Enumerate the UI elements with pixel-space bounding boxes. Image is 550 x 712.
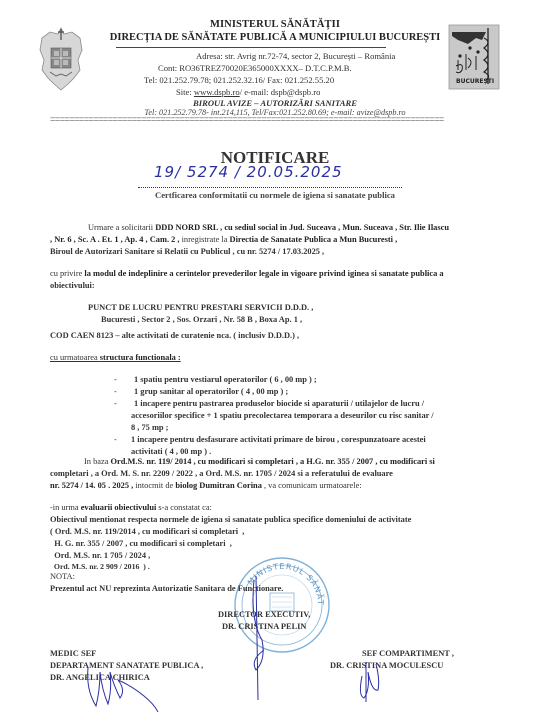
official-stamp: MINISTERUL SĂNĂTĂȚII: [232, 555, 332, 655]
list-bullet: -: [114, 398, 117, 410]
legal-basis-line-3: nr. 5274 / 14. 05 . 2025 , intocmit de b…: [50, 480, 362, 492]
objective-name: PUNCT DE LUCRU PENTRU PRESTARI SERVICII …: [88, 302, 313, 314]
regarding-line-2: obiectivului:: [50, 280, 95, 292]
header-rule: [116, 47, 386, 48]
list-bullet: -: [114, 386, 117, 398]
evaluator-name: biolog Dumitran Corina: [175, 481, 262, 490]
list-bullet: -: [114, 374, 117, 386]
note-label: NOTA:: [50, 571, 75, 583]
phone-line: Tel: 021.252.79.78; 021.252.32.16/ Fax: …: [144, 75, 334, 85]
list-bullet: -: [114, 434, 117, 446]
list-item: 1 incapere pentru pastrarea produselor b…: [134, 398, 424, 410]
caen-code: COD CAEN 8123 – alte activitati de curat…: [50, 330, 299, 342]
document-subtitle: Certficarea conformitatii cu normele de …: [0, 190, 550, 200]
header-separator: ========================================…: [50, 115, 500, 125]
finding-text: -in urma: [50, 503, 81, 512]
authority-name: Directia de Sanatate Publica a Mun Bucur…: [230, 235, 398, 244]
site-line: Site: www.dspb.ro/ e-mail: dspb@dspb.ro: [176, 87, 320, 97]
round-stamp-icon: MINISTERUL SĂNĂTĂȚII: [232, 555, 332, 655]
legal-basis-line-2: completari , a Ord. M. S. nr. 2209 / 202…: [50, 468, 393, 480]
conclusion-line-2: ( Ord. M.S. nr. 119/2014 , cu modificari…: [50, 526, 244, 538]
left-signatory-name: DR. ANGELICA CHIRICA: [50, 672, 150, 684]
regarding-text: cu privire: [50, 269, 84, 278]
objective-address: Bucuresti , Sector 2 , Sos. Orzari , Nr.…: [101, 314, 302, 326]
stamp-text: MINISTERUL SĂNĂTĂȚII: [232, 555, 327, 606]
intro-line-2: , Nr. 6 , Sc. A . Et. 1 , Ap. 4 , Cam. 2…: [50, 234, 397, 246]
legal-text: , va comunicam urmatoarele:: [262, 481, 362, 490]
address-line: Adresa: str. Avrig nr.72-74, sector 2, B…: [196, 51, 395, 61]
intro-text: inregistrate la: [182, 235, 230, 244]
right-signatory-name: DR. CRISTINA MOCULESCU: [330, 660, 443, 672]
note-text: Prezentul act NU reprezinta Autorizatie …: [50, 583, 283, 595]
legal-text: In baza: [84, 457, 111, 466]
legal-basis-line-1: In baza Ord.M.S. nr. 119/ 2014 , cu modi…: [84, 456, 435, 468]
referat-number: nr. 5274 / 14. 05 . 2025 ,: [50, 481, 133, 490]
regarding-subject: la modul de indeplinire a cerintelor pre…: [84, 269, 443, 278]
handwritten-registration-number: 19/ 5274 / 20.05.2025: [154, 163, 343, 181]
account-line: Cont: RO36TREZ70020E365000XXXX– D.T.C.P.…: [158, 63, 352, 73]
left-signatory-title-2: DEPARTAMENT SANATATE PUBLICA ,: [50, 660, 203, 672]
directorate-name: DIRECȚIA DE SĂNĂTATE PUBLICĂ A MUNICIPIU…: [0, 32, 550, 43]
director-name: DR. CRISTINA PELIN: [222, 621, 306, 633]
site-link[interactable]: www.dspb.ro: [194, 87, 240, 97]
logo-city-label: BUCUREȘTI: [456, 78, 494, 85]
legal-text: intocmit de: [133, 481, 175, 490]
applicant-address: , Nr. 6 , Sc. A . Et. 1 , Ap. 4 , Cam. 2…: [50, 235, 182, 244]
regarding-line-1: cu privire la modul de indeplinire a cer…: [50, 268, 444, 280]
structure-label: cu urmatoarea structura functionala :: [50, 352, 181, 364]
intro-text: Urmare a solicitarii: [88, 223, 155, 232]
right-signatory-title: SEF COMPARTIMENT ,: [362, 648, 454, 660]
list-item-continued: accesoriilor specifice + 1 spatiu precol…: [131, 410, 434, 422]
office-name: BIROUL AVIZE – AUTORIZĂRI SANITARE: [0, 98, 550, 108]
conclusion-line-1: Obiectivul mentionat respecta normele de…: [50, 514, 411, 526]
finding-bold: evaluarii obiectivului: [81, 503, 157, 512]
list-item-continued: 8 , 75 mp ;: [131, 422, 168, 434]
site-label: Site:: [176, 87, 194, 97]
legal-references: Ord.M.S. nr. 119/ 2014 , cu modificari s…: [111, 457, 435, 466]
list-item: 1 grup sanitar al operatorilor ( 4 , 00 …: [134, 386, 288, 398]
finding-line: -in urma evaluarii obiectivului s-a cons…: [50, 502, 212, 514]
intro-line-1: Urmare a solicitarii DDD NORD SRL , cu s…: [88, 222, 449, 234]
svg-text:MINISTERUL SĂNĂTĂȚII: MINISTERUL SĂNĂTĂȚII: [232, 555, 327, 606]
director-title: DIRECTOR EXECUTIV,: [218, 609, 310, 621]
structure-label-text: cu urmatoarea: [50, 353, 100, 362]
email-text: / e-mail: dspb@dspb.ro: [240, 87, 321, 97]
structure-label-bold: structura functionala :: [100, 353, 181, 362]
ministry-name: MINISTERUL SĂNĂTĂȚII: [0, 19, 550, 30]
intro-line-3: Biroul de Autorizari Sanitare si Relatii…: [50, 246, 324, 258]
left-signatory-title-1: MEDIC SEF: [50, 648, 96, 660]
conclusion-line-3: H. G. nr. 355 / 2007 , cu modificari si …: [50, 538, 232, 550]
conclusion-line-4: Ord. M.S. nr. 1 705 / 2024 ,: [50, 550, 150, 562]
dotted-line: [138, 187, 402, 188]
list-item: 1 spatiu pentru vestiarul operatorilor (…: [134, 374, 317, 386]
applicant-info: DDD NORD SRL , cu sediul social in Jud. …: [155, 223, 449, 232]
list-item: 1 incapere pentru desfasurare activitati…: [131, 434, 426, 446]
finding-text: s-a constatat ca:: [156, 503, 212, 512]
